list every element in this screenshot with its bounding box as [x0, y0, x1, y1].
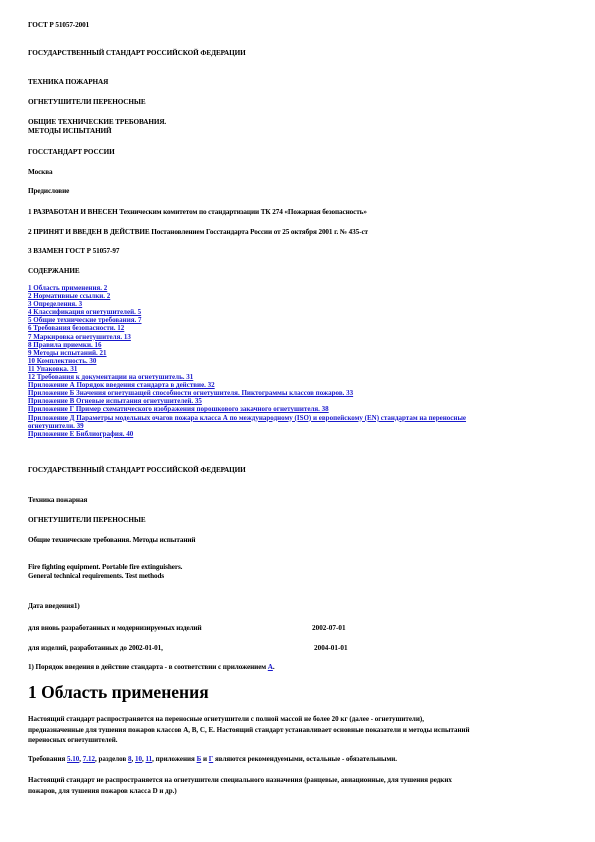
paragraph-line: Настоящий стандарт не распространяется н…	[28, 775, 583, 786]
toc-link[interactable]: Приложение В Огневые испытания огнетушит…	[28, 397, 466, 405]
body-state-standard-heading: ГОСУДАРСТВЕННЫЙ СТАНДАРТ РОССИЙСКОЙ ФЕДЕ…	[28, 466, 246, 475]
toc-link[interactable]: Приложение Д Параметры модельных очагов …	[28, 414, 466, 422]
foreword-item-1: 1 РАЗРАБОТАН И ВНЕСЕН Техническим комите…	[28, 208, 367, 217]
body-title: Общие технические требования. Методы исп…	[28, 536, 195, 545]
toc-link[interactable]: 10 Комплектность. 30	[28, 357, 466, 365]
date-row-value: 2002-07-01	[312, 624, 346, 633]
state-standard-heading: ГОСУДАРСТВЕННЫЙ СТАНДАРТ РОССИЙСКОЙ ФЕДЕ…	[28, 49, 246, 58]
doc-code: ГОСТ Р 51057-2001	[28, 21, 89, 30]
date-row-label: для вновь разработанных и модернизируемы…	[28, 624, 202, 633]
intro-date-label: Дата введения1)	[28, 602, 80, 611]
title-line-2: МЕТОДЫ ИСПЫТАНИЙ	[28, 127, 112, 136]
footnote-text: 1) Порядок введения в действие стандарта…	[28, 663, 268, 671]
body-product: ОГНЕТУШИТЕЛИ ПЕРЕНОСНЫЕ	[28, 516, 146, 525]
footnote: 1) Порядок введения в действие стандарта…	[28, 663, 275, 672]
toc-link[interactable]: 9 Методы испытаний. 21	[28, 349, 466, 357]
paragraph-line: пожаров, для тушения пожаров класса D и …	[28, 786, 583, 797]
toc-heading: СОДЕРЖАНИЕ	[28, 267, 80, 276]
paragraph-text: , разделов	[95, 755, 128, 763]
footnote-end: .	[273, 663, 275, 671]
toc-link[interactable]: 2 Нормативные ссылки. 2	[28, 292, 466, 300]
paragraph-text: являются рекомендуемыми, остальные - обя…	[213, 755, 397, 763]
paragraph-text: Требования	[28, 755, 67, 763]
date-row-label: для изделий, разработанных до 2002-01-01…	[28, 644, 163, 653]
toc-link[interactable]: 12 Требования к документации на огнетуши…	[28, 373, 466, 381]
foreword-heading: Предисловие	[28, 187, 69, 196]
body-title-en-line-2: General technical requirements. Test met…	[28, 572, 164, 581]
body-subject: Техника пожарная	[28, 496, 87, 505]
toc-link[interactable]: Приложение Г Пример схематического изобр…	[28, 405, 466, 413]
section-1-paragraph-2: Требования 5.10, 7.12, разделов 8, 10, 1…	[28, 754, 583, 765]
document-page: ГОСТ Р 51057-2001 ГОСУДАРСТВЕННЫЙ СТАНДА…	[0, 0, 595, 842]
subject-heading: ТЕХНИКА ПОЖАРНАЯ	[28, 78, 108, 87]
toc-link[interactable]: 3 Определения. 3	[28, 300, 466, 308]
foreword-item-2: 2 ПРИНЯТ И ВВЕДЕН В ДЕЙСТВИЕ Постановлен…	[28, 228, 368, 237]
toc-link[interactable]: Приложение Е Библиография. 40	[28, 430, 466, 438]
clause-link-5-10[interactable]: 5.10	[67, 755, 79, 763]
toc-link[interactable]: 1 Область применения. 2	[28, 284, 466, 292]
product-heading: ОГНЕТУШИТЕЛИ ПЕРЕНОСНЫЕ	[28, 98, 146, 107]
publisher: ГОССТАНДАРТ РОССИИ	[28, 148, 115, 157]
foreword-item-3: 3 ВЗАМЕН ГОСТ Р 51057-97	[28, 247, 119, 256]
toc-link[interactable]: 11 Упаковка. 31	[28, 365, 466, 373]
paragraph-line: переносных огнетушителей.	[28, 735, 583, 746]
paragraph-text: , приложения	[152, 755, 196, 763]
toc-link[interactable]: 6 Требования безопасности. 12	[28, 324, 466, 332]
toc-link[interactable]: 7 Маркировка огнетушителя. 13	[28, 333, 466, 341]
toc-link[interactable]: 4 Классификация огнетушителей. 5	[28, 308, 466, 316]
title-line-1: ОБЩИЕ ТЕХНИЧЕСКИЕ ТРЕБОВАНИЯ.	[28, 118, 166, 127]
paragraph-line: Настоящий стандарт распространяется на п…	[28, 714, 583, 725]
toc-link[interactable]: 5 Общие технические требования. 7	[28, 316, 466, 324]
table-of-contents: 1 Область применения. 2 2 Нормативные сс…	[28, 284, 466, 438]
section-link-10[interactable]: 10	[135, 755, 142, 763]
toc-link[interactable]: 8 Правила приемки. 16	[28, 341, 466, 349]
city: Москва	[28, 168, 53, 177]
section-1-paragraph-3: Настоящий стандарт не распространяется н…	[28, 775, 583, 796]
date-row-value: 2004-01-01	[314, 644, 348, 653]
clause-link-7-12[interactable]: 7.12	[83, 755, 95, 763]
body-title-en-line-1: Fire fighting equipment. Portable fire e…	[28, 563, 182, 572]
toc-link[interactable]: Приложение А Порядок введения стандарта …	[28, 381, 466, 389]
section-1-heading: 1 Область применения	[28, 682, 209, 702]
toc-link[interactable]: Приложение Б Значения огнетушащей способ…	[28, 389, 466, 397]
section-1-paragraph-1: Настоящий стандарт распространяется на п…	[28, 714, 583, 746]
paragraph-line: предназначенные для тушения пожаров клас…	[28, 725, 583, 736]
paragraph-text: и	[201, 755, 209, 763]
toc-link[interactable]: огнетушители. 39	[28, 422, 466, 430]
